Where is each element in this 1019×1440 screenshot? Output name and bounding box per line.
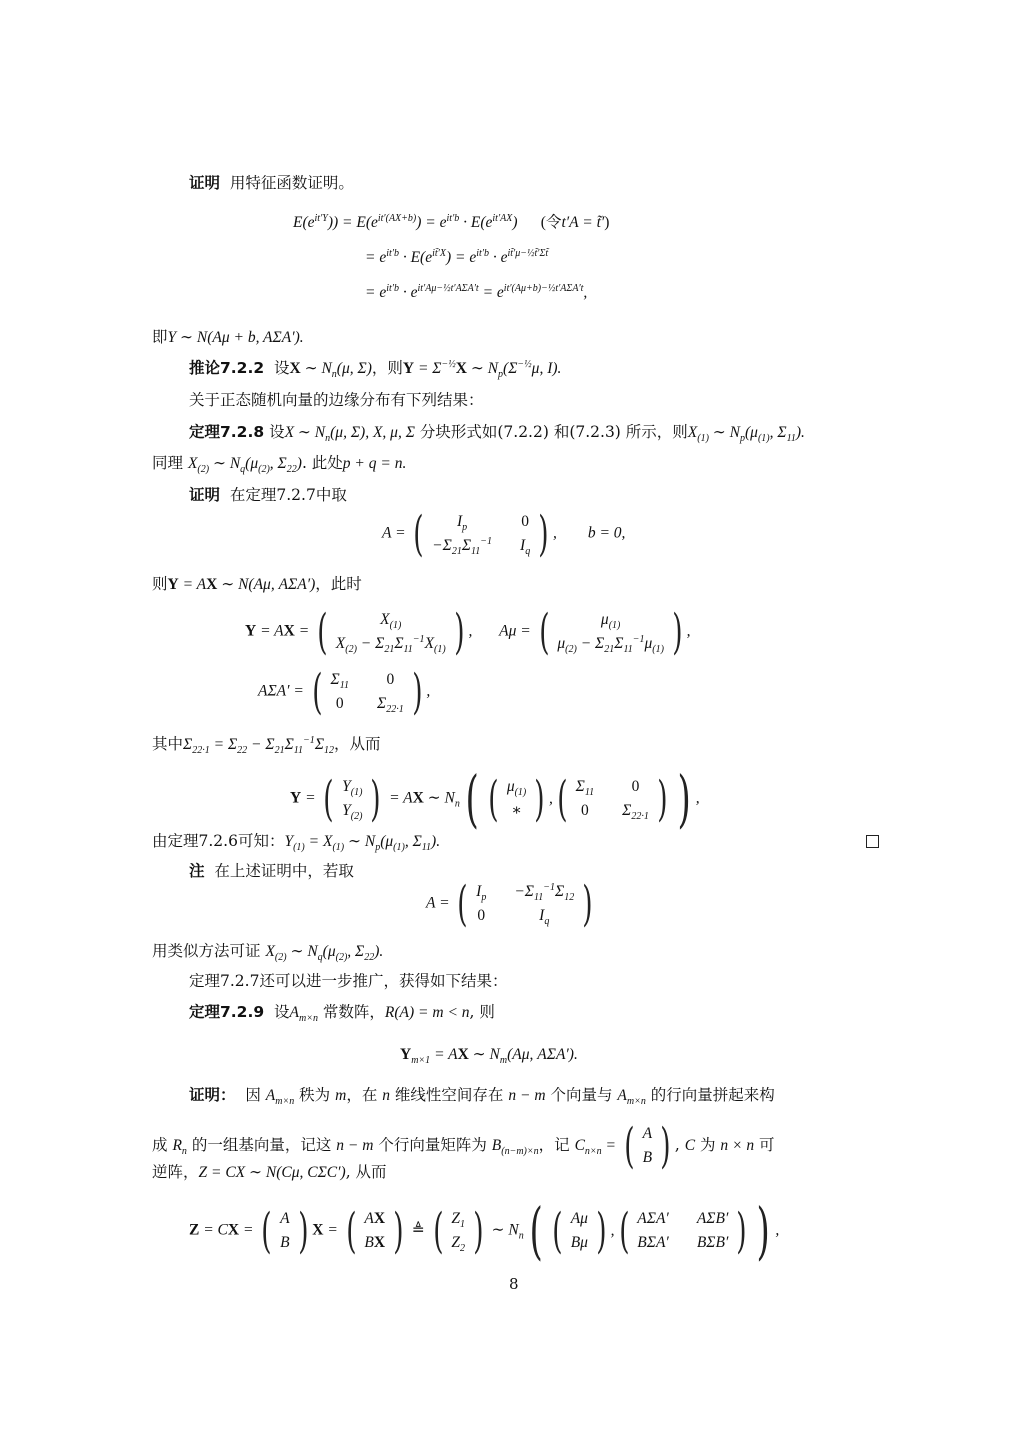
where-line: 其中Σ22·1 = Σ22 − Σ21Σ11−1Σ12，从而 <box>152 733 381 756</box>
page-number: 8 <box>509 1275 519 1293</box>
corollary-7-2-2: 推论7.2.2 设X ∼ Nn(μ, Σ)，则Y = Σ−½X ∼ Np(Σ−½… <box>189 357 561 380</box>
corollary-label: 推论7.2.2 <box>189 359 264 377</box>
then-suffix: ，此时 <box>315 575 362 593</box>
final-line: 由定理7.2.6可知：Y(1) = X(1) ∼ Np(μ(1), Σ11). <box>152 830 440 853</box>
Y-distribution: Y = (Y(1)Y(2)) = AX ∼ Nn((μ(1)∗),(Σ1100Σ… <box>290 768 700 830</box>
theorem-line2-mid: . 此处 <box>302 454 343 472</box>
ASigmaA-matrix: AΣA′ = (Σ1100Σ22·1), <box>258 668 430 716</box>
theorem-7-2-8: 定理7.2.8 设X ∼ Nn(μ, Σ), X, μ, Σ 分块形式如(7.2… <box>189 421 805 444</box>
note-text: 在上述证明中，若取 <box>214 862 354 880</box>
theorem729-label: 定理7.2.9 <box>189 1003 264 1021</box>
where-suffix: ，从而 <box>334 735 381 753</box>
b-value: b = 0, <box>588 525 626 542</box>
note-heading: 注 在上述证明中，若取 <box>189 860 354 882</box>
generalize-text: 定理7.2.7还可以进一步推广，获得如下结果： <box>189 970 507 992</box>
theorem-line2-prefix: 同理 <box>152 454 183 472</box>
matrix-A-definition: A = (Ip0−Σ21Σ11−1Iq), b = 0, <box>382 510 625 558</box>
theorem729-text-c: , 则 <box>470 1003 495 1021</box>
equation-line-3: = eit′b · eit′Aμ−½t′AΣA′t = eit′(Aμ+b)−½… <box>365 282 587 304</box>
corollary-mid: ，则 <box>372 359 403 377</box>
where-prefix: 其中 <box>152 735 183 753</box>
let-word: 令 <box>546 214 562 231</box>
marginal-intro: 关于正态随机向量的边缘分布有下列结果： <box>189 389 484 411</box>
theorem-text-b: 分块形式如(7.2.2) 和(7.2.3) 所示，则 <box>420 423 688 441</box>
theorem-7-2-9: 定理7.2.9 设Am×n 常数阵，R(A) = m < n, 则 <box>189 1001 495 1024</box>
note-after-prefix: 用类似方法可证 <box>152 942 261 960</box>
then-line: 则Y = AX ∼ N(Aμ, AΣA′)，此时 <box>152 573 362 596</box>
conclusion-prefix: 即 <box>152 328 168 346</box>
Y-AX-matrix: Y = AX = (X(1)X(2) − Σ21Σ11−1X(1)), Aμ =… <box>245 608 691 656</box>
proof-heading: 证明 用特征函数证明。 <box>189 172 354 194</box>
equation-line-2: = eit′b · E(eit̃′X) = eit′b · eit̃′μ−½t̃… <box>365 247 548 269</box>
proof3-line1: 证明： 因 Am×n 秩为 m，在 n 维线性空间存在 n − m 个向量与 A… <box>189 1084 775 1107</box>
proof-text: 用特征函数证明。 <box>230 174 354 192</box>
theorem-text-a: 设 <box>269 423 285 441</box>
conclusion-expr: Y ∼ N(Aμ + b, AΣA′). <box>168 329 304 346</box>
final-prefix: 由定理7.2.6可知： <box>152 832 284 850</box>
equation-line-1: E(eit′Y)) = E(eit′(AX+b)) = eit′b · E(ei… <box>293 212 609 234</box>
proof2-text: 在定理7.2.7中取 <box>230 486 347 504</box>
theorem-7-2-8-line2: 同理 X(2) ∼ Nq(μ(2), Σ22). 此处p + q = n. <box>152 452 406 475</box>
conclusion-line: 即Y ∼ N(Aμ + b, AΣA′). <box>152 326 304 349</box>
proof-label: 证明 <box>189 174 220 192</box>
theorem-label: 定理7.2.8 <box>189 423 264 441</box>
proof2-label: 证明 <box>189 486 220 504</box>
theorem729-text-a: 设 <box>274 1003 290 1021</box>
note-after-line: 用类似方法可证 X(2) ∼ Nq(μ(2), Σ22). <box>152 940 383 963</box>
proof3-label: 证明： <box>189 1086 236 1104</box>
note-matrix-A: A = (Ip−Σ11−1Σ120Iq) <box>426 880 597 928</box>
theorem729-text-b: 常数阵， <box>323 1003 385 1021</box>
Z-distribution: Z = CX = (AB)X = (AXBX) ≜ (Z1Z2) ∼ Nn((A… <box>189 1200 779 1262</box>
proof2-heading: 证明 在定理7.2.7中取 <box>189 484 347 506</box>
proof3-line3: 逆阵，Z = CX ∼ N(Cμ, CΣC′), 从而 <box>152 1161 387 1184</box>
note-label: 注 <box>189 862 205 880</box>
corollary-prefix: 设 <box>274 359 290 377</box>
theorem729-display: Ym×1 = AX ∼ Nm(Aμ, AΣA′). <box>400 1044 578 1066</box>
qed-square-icon <box>866 835 879 848</box>
then-prefix: 则 <box>152 575 168 593</box>
